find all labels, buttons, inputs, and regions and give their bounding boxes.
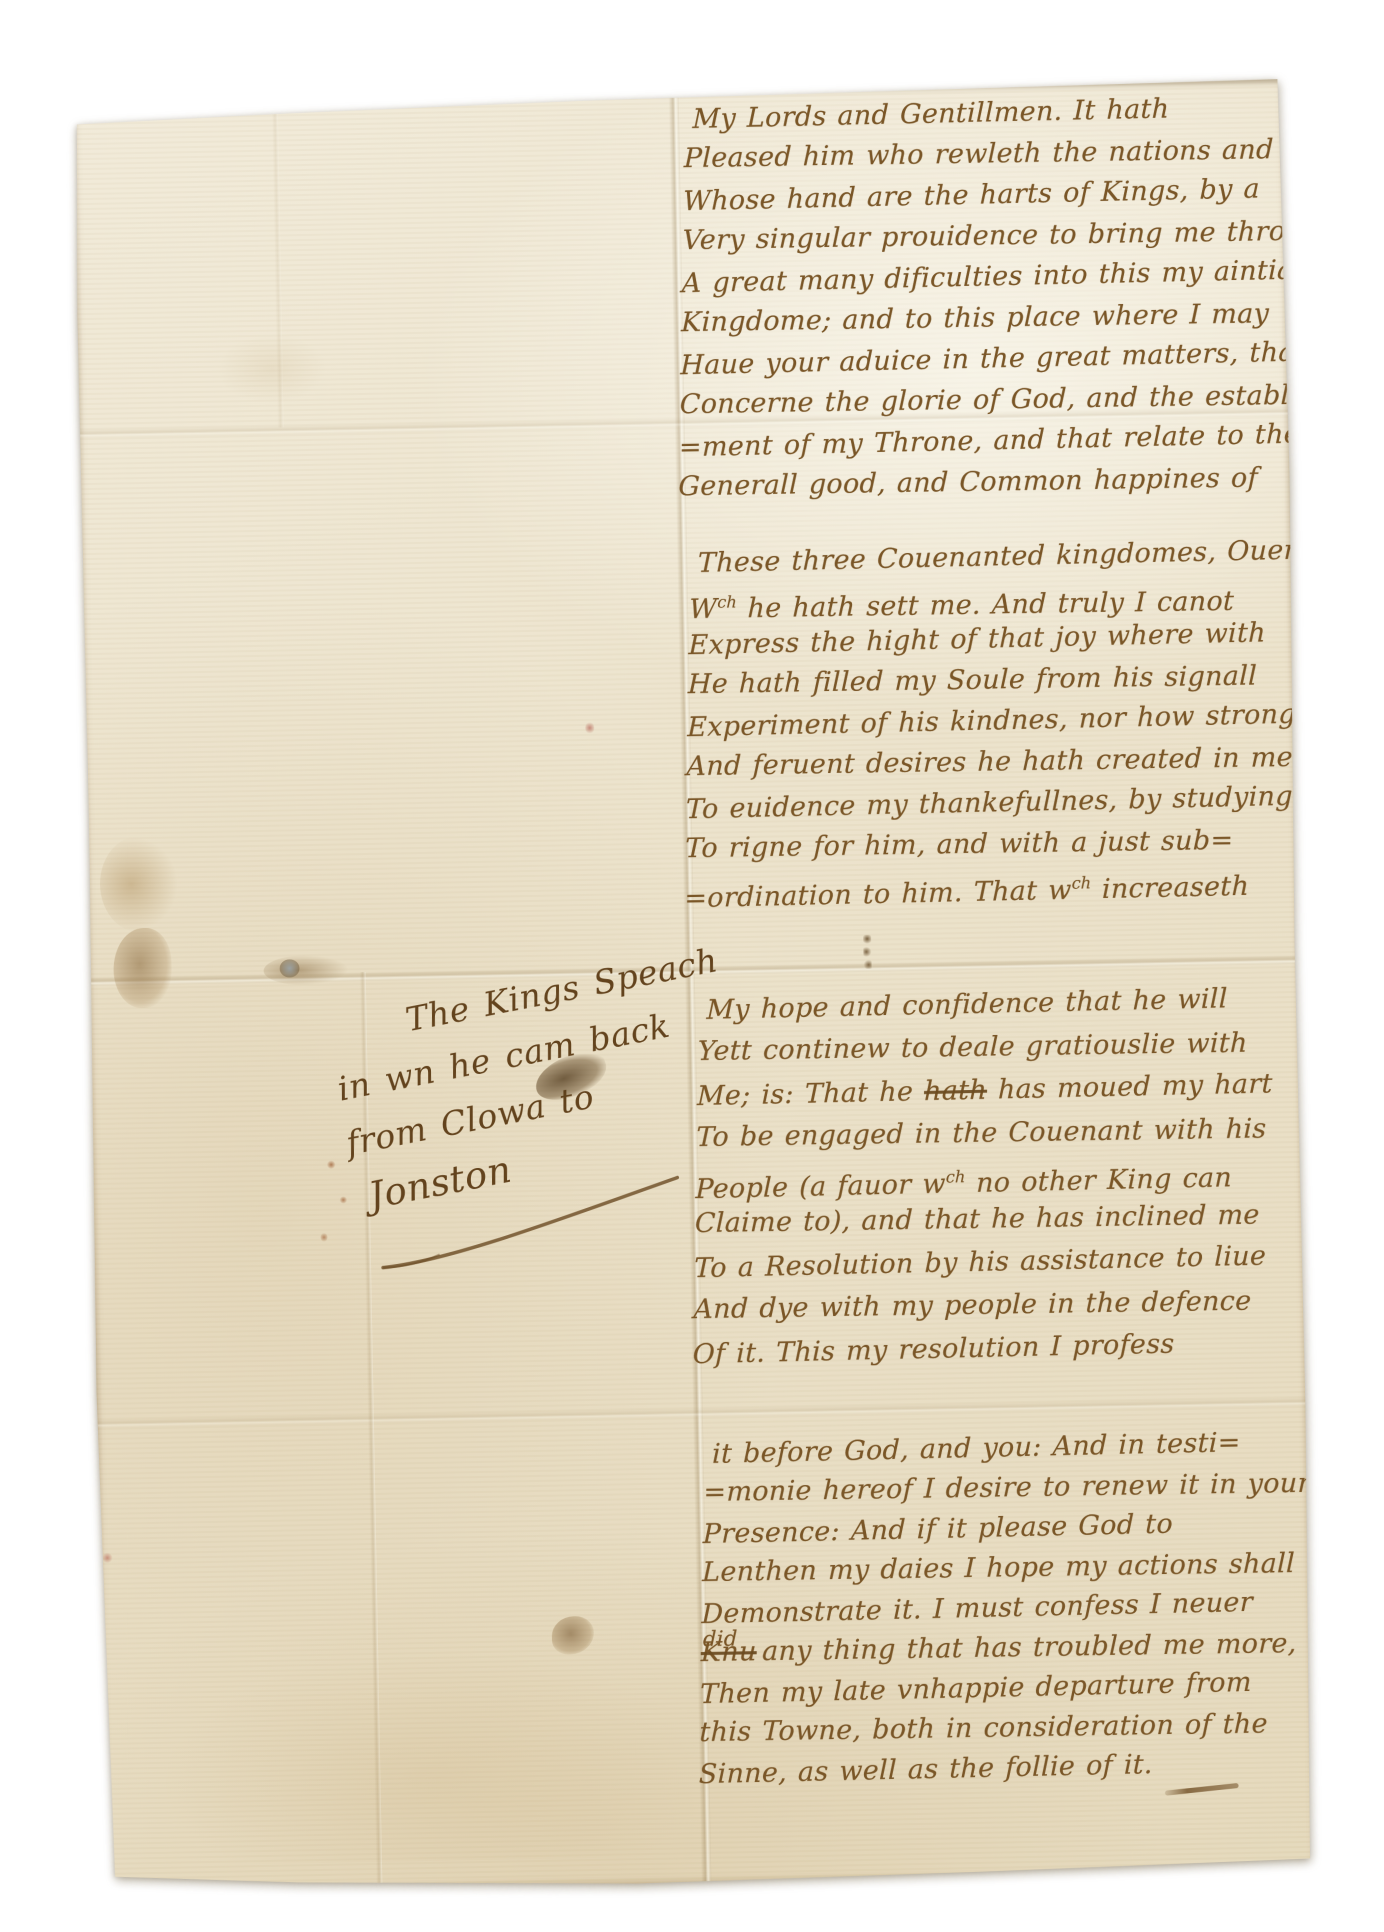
text-segment: Experiment of his kindnes, nor how stron… bbox=[687, 699, 1296, 744]
text-segment: =ordination to him. That w bbox=[684, 875, 1072, 915]
manuscript-line: Generall good, and Common happines of bbox=[678, 457, 1267, 507]
text-segment: A great many dificulties into this my ai… bbox=[682, 254, 1323, 299]
stain bbox=[279, 959, 299, 977]
text-segment: Claime to), and that he has inclined me bbox=[695, 1200, 1260, 1240]
text-segment: And dye with my people in the defence bbox=[693, 1286, 1252, 1325]
text-segment: Yett continew to deale gratiouslie with bbox=[697, 1028, 1248, 1067]
text-segment: increaseth bbox=[1091, 871, 1249, 906]
text-segment: it before God, and you: And in testi= bbox=[712, 1427, 1241, 1470]
speech-block-1: My Lords and Gentillmen. It hathPleased … bbox=[678, 87, 1273, 508]
text-segment: Kingdome; and to this place where I may bbox=[681, 298, 1270, 338]
fold-crease bbox=[272, 97, 284, 427]
manuscript-paper-wrap: My Lords and Gentillmen. It hathPleased … bbox=[72, 79, 1317, 1895]
text-segment: ch bbox=[1072, 873, 1092, 892]
text-segment: My hope and confidence that he will bbox=[706, 983, 1228, 1026]
stain bbox=[263, 954, 348, 986]
text-segment: To rigne for him, and with a just sub= bbox=[685, 825, 1234, 864]
speech-block-2: These three Couenanted kingdomes, OuerWc… bbox=[684, 531, 1278, 911]
text-segment: Express the hight of that joy where with bbox=[688, 617, 1266, 661]
text-segment: And feruent desires he hath created in m… bbox=[686, 742, 1293, 782]
text-segment: Demonstrate it. I must confess I neuer bbox=[701, 1587, 1253, 1630]
text-segment: W bbox=[689, 594, 718, 625]
text-segment: any thing that has troubled me more, bbox=[751, 1628, 1297, 1667]
ink-dots bbox=[863, 935, 872, 969]
text-segment: Then my late vnhappie departure from bbox=[700, 1667, 1252, 1710]
text-segment: Me; is: That he bbox=[697, 1076, 925, 1112]
stain bbox=[340, 1196, 347, 1203]
text-segment: Pleased him who rewleth the nations and … bbox=[684, 134, 1312, 175]
text-segment: ch bbox=[717, 592, 737, 611]
stain bbox=[327, 1161, 335, 1169]
text-segment: Whose hand are the harts of Kings, by a bbox=[683, 173, 1260, 217]
stain bbox=[552, 1616, 595, 1655]
text-segment: Sinne, as well as the follie of it. bbox=[699, 1749, 1153, 1790]
photo-background: My Lords and Gentillmen. It hathPleased … bbox=[0, 0, 1384, 1932]
stain bbox=[585, 722, 594, 734]
inserted-word: did bbox=[703, 1618, 738, 1659]
text-segment: ch bbox=[946, 1167, 966, 1186]
stain bbox=[156, 1646, 720, 1866]
fold-crease bbox=[96, 1397, 1308, 1428]
text-segment: Generall good, and Common happines of bbox=[678, 462, 1258, 502]
text-segment: Presence: And if it please God to bbox=[703, 1509, 1174, 1550]
text-segment: To be engaged in the Couenant with his bbox=[696, 1113, 1267, 1153]
text-segment: To euidence my thankefullnes, by studyin… bbox=[686, 781, 1293, 825]
stain bbox=[99, 835, 179, 932]
text-segment: =ment of my Throne, and that relate to t… bbox=[679, 419, 1300, 464]
text-segment: =monie hereof I desire to renew it in yo… bbox=[703, 1468, 1311, 1508]
text-segment: Haue your aduice in the great matters, t… bbox=[680, 336, 1306, 381]
text-segment: Lenthen my daies I hope my actions shall bbox=[702, 1548, 1295, 1588]
text-segment: has moued my hart bbox=[987, 1068, 1273, 1105]
text-segment: Of it. This my resolution I profess bbox=[692, 1329, 1174, 1371]
stain bbox=[216, 333, 327, 405]
speech-block-4: it before God, and you: And in testi==mo… bbox=[699, 1423, 1293, 1794]
stain bbox=[102, 1553, 112, 1563]
manuscript-paper: My Lords and Gentillmen. It hathPleased … bbox=[72, 79, 1317, 1895]
text-segment: To a Resolution by his assistance to liu… bbox=[694, 1240, 1266, 1284]
stain bbox=[113, 928, 172, 1009]
docket-annotation: The Kings Speachin wn he cam backfrom Cl… bbox=[320, 940, 716, 1228]
text-segment: My Lords and Gentillmen. It hath bbox=[692, 93, 1169, 135]
text-segment: These three Couenanted kingdomes, Ouer bbox=[698, 535, 1297, 579]
stain bbox=[320, 1233, 327, 1242]
struck-word: hath bbox=[924, 1075, 987, 1107]
text-segment: He hath filled my Soule from his signall bbox=[688, 660, 1258, 700]
text-segment: this Towne, both in consideration of the bbox=[699, 1708, 1268, 1748]
speech-block-3: My hope and confidence that he willYett … bbox=[692, 977, 1286, 1375]
